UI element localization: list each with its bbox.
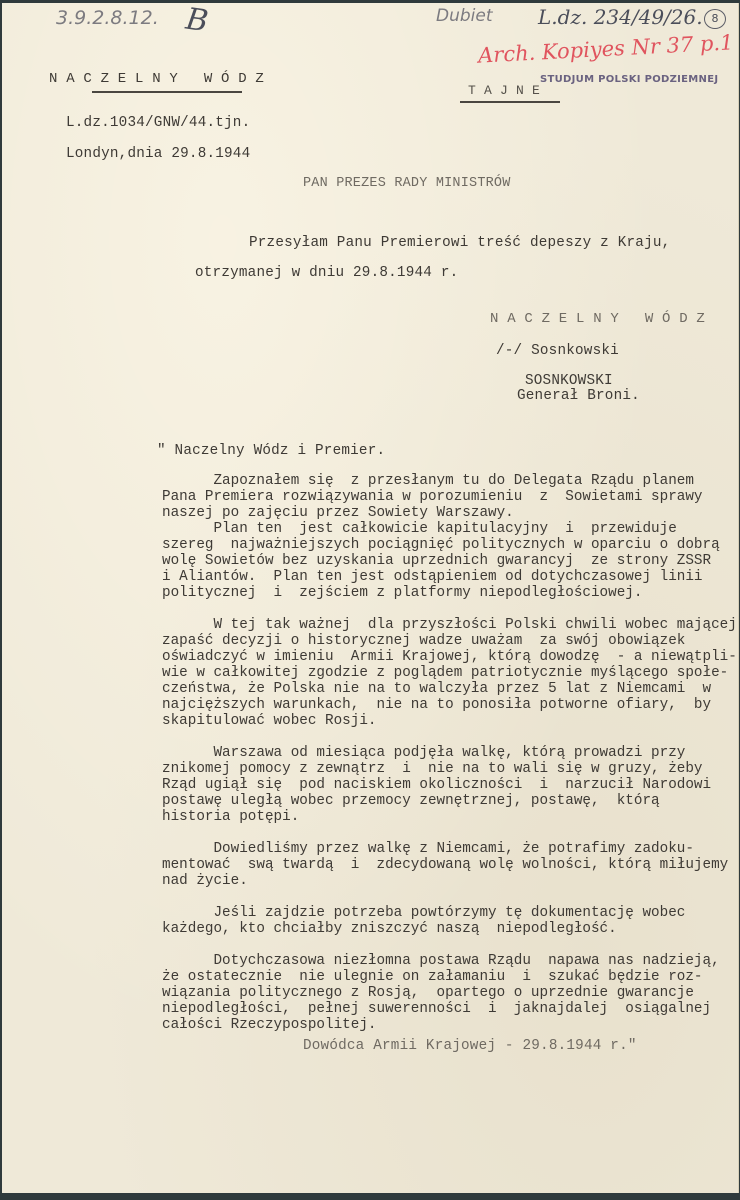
telegram-line: wolę Sowietów bez uzyskania uprzednich g… <box>162 553 711 569</box>
signature-rank: Generał Broni. <box>517 388 640 404</box>
classification-underline <box>460 101 560 103</box>
telegram-line: postawę uległą wobec przemocy zewnętrzne… <box>162 793 660 809</box>
classification-label: T A J N E <box>468 83 540 98</box>
telegram-line: Rząd ugiął się pod naciskiem okolicznośc… <box>162 777 711 793</box>
telegram-line: że ostatecznie nie ulegnie on załamaniu … <box>162 969 703 985</box>
telegram-line: nad życie. <box>162 873 248 889</box>
telegram-line: znikomej pomocy z zewnątrz i nie na to w… <box>162 761 703 777</box>
sender-title-underline <box>92 91 242 93</box>
circled-page-number: 8 <box>704 9 726 29</box>
pencil-mark: B <box>184 2 211 40</box>
telegram-line: Zapoznałem się z przesłanym tu do Delega… <box>162 473 694 489</box>
telegram-line: Pana Premiera rozwiązywania w porozumien… <box>162 489 703 505</box>
signature-title: N A C Z E L N Y W Ó D Z <box>490 311 705 327</box>
telegram-line: Jeśli zajdzie potrzeba powtórzymy tę dok… <box>162 905 685 921</box>
handwritten-reference: L.dz. 234/49/26. <box>538 5 703 29</box>
telegram-line: najcięższych warunkach, nie na to ponosi… <box>162 697 711 713</box>
document-page: 3.9.2.8.12. B Dubiet L.dz. 234/49/26. 8 … <box>2 3 739 1193</box>
telegram-line: całości Rzeczypospolitej. <box>162 1017 377 1033</box>
telegram-line: historia potępi. <box>162 809 299 825</box>
cover-note-line-2: otrzymanej w dniu 29.8.1944 r. <box>195 265 458 281</box>
telegram-line: mentować swą twardą i zdecydowaną wolę w… <box>162 857 728 873</box>
telegram-line: skapitulować wobec Rosji. <box>162 713 377 729</box>
telegram-closing: Dowódca Armii Krajowej - 29.8.1944 r." <box>303 1038 637 1054</box>
telegram-line: Dowiedliśmy przez walkę z Niemcami, że p… <box>162 841 694 857</box>
telegram-line: naszej po zajęciu przez Sowiety Warszawy… <box>162 505 514 521</box>
red-archive-note: Arch. Kopiyes Nr 37 p.1 <box>478 30 734 67</box>
telegram-line: politycznej i zejściem z platformy niepo… <box>162 585 642 601</box>
telegram-line: Plan ten jest całkowicie kapitulacyjny i… <box>162 521 677 537</box>
telegram-line: niepodległości, pełnej suwerenności i ja… <box>162 1001 711 1017</box>
recipient: PAN PREZES RADY MINISTRÓW <box>303 176 511 191</box>
handwritten-dubiet: Dubiet <box>436 6 493 26</box>
telegram-line: czeństwa, że Polska nie na to walczyła p… <box>162 681 711 697</box>
telegram-line: każdego, kto chciałby zniszczyć naszą ni… <box>162 921 617 937</box>
telegram-line: W tej tak ważnej dla przyszłości Polski … <box>162 617 737 633</box>
cover-note-line-1: Przesyłam Panu Premierowi treść depeszy … <box>249 235 670 251</box>
archive-stamp: STUDJUM POLSKI PODZIEMNEJ <box>540 74 718 85</box>
signature-signed: /-/ Sosnkowski <box>496 343 619 359</box>
telegram-line: wiązania politycznego z Rosją, opartego … <box>162 985 694 1001</box>
telegram-line: wie w całkowitej zgodzie z poglądem patr… <box>162 665 728 681</box>
telegram-line: zapaść decyzji o historycznej wadze uważ… <box>162 633 685 649</box>
archive-pencil-code: 3.9.2.8.12. <box>56 7 159 29</box>
place-date: Londyn,dnia 29.8.1944 <box>66 146 250 162</box>
telegram-line: oświadczyć w imieniu Armii Krajowej, któ… <box>162 649 737 665</box>
telegram-line: szereg najważniejszych pociągnięć polity… <box>162 537 720 553</box>
telegram-salutation: " Naczelny Wódz i Premier. <box>157 443 385 459</box>
signature-name: SOSNKOWSKI <box>525 373 613 389</box>
reference-number: L.dz.1034/GNW/44.tjn. <box>66 115 250 131</box>
telegram-line: Dotychczasowa niezłomna postawa Rządu na… <box>162 953 720 969</box>
telegram-line: i Aliantów. Plan ten jest odstąpieniem o… <box>162 569 703 585</box>
telegram-line: Warszawa od miesiąca podjęła walkę, któr… <box>162 745 685 761</box>
sender-title: N A C Z E L N Y W Ó D Z <box>49 71 264 87</box>
